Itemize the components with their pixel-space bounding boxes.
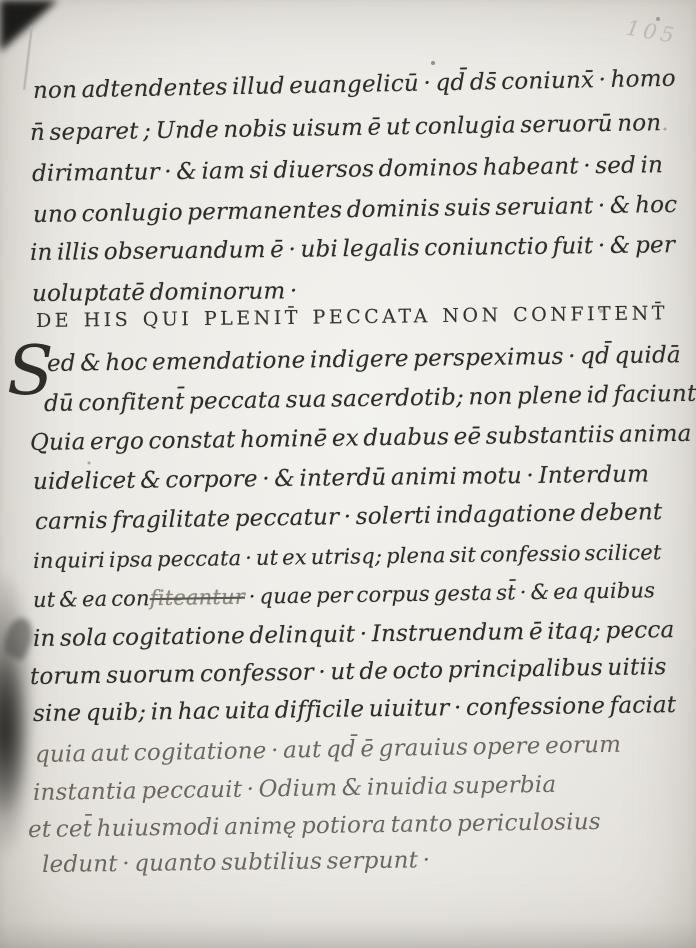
struck-through-word: fiteantur — [150, 585, 246, 610]
manuscript-line: in sola cogitatione delinquit · Instruen… — [33, 617, 675, 652]
manuscript-line: uno conlugio permanentes dominis suis se… — [33, 192, 678, 228]
manuscript-line: non adtendentes illud euangelicū · qd̄ d… — [33, 66, 676, 104]
manuscript-line: instantia peccauit · Odium & inuidia sup… — [33, 772, 557, 806]
manuscript-line: ed & hoc emendatione indigere perspeximu… — [47, 342, 681, 377]
manuscript-line: carnis fragilitate peccatur · solerti in… — [35, 499, 663, 535]
manuscript-line: n̄ separet ; Unde nobis uisum ē ut conlu… — [30, 110, 662, 146]
page-edge-shadow — [0, 920, 696, 948]
ink-speck — [0, 0, 2, 2]
manuscript-line: Quia ergo constat hominē ex duabus eē su… — [30, 421, 692, 456]
manuscript-line: uoluptatē dominorum · — [32, 278, 298, 307]
manuscript-line-with-correction: ut & ea confiteantur · quae per corpus g… — [33, 578, 655, 612]
line-segment: · quae per corpus gesta st̄ · & ea quibu… — [245, 578, 656, 608]
manuscript-line: sine quib; in hac uita difficile uiuitur… — [33, 692, 677, 727]
manuscript-line: dirimantur · & iam si diuersos dominos h… — [32, 152, 663, 187]
folio-number: 105 — [624, 16, 679, 49]
manuscript-line: ledunt · quanto subtilius serpunt · — [42, 847, 430, 878]
manuscript-line: et cet̄ huiusmodi animę potiora tanto pe… — [28, 809, 601, 843]
manuscript-line: quia aut cogitatione · aut qd̄ ē grauius… — [35, 732, 622, 768]
manuscript-line: torum suorum confessor · ut de octo prin… — [30, 654, 667, 690]
manuscript-page: 105 non adtendentes illud euangelicū · q… — [0, 0, 696, 948]
manuscript-line: uidelicet & corpore · & interdū animi mo… — [33, 461, 650, 495]
chapter-heading: DE HIS QUI PLENIT̄ PECCATA NON CONFITENT… — [36, 302, 668, 332]
line-segment: ut & ea con — [33, 586, 150, 612]
manuscript-line: inquiri ipsa peccata · ut ex utrisq; ple… — [33, 540, 662, 573]
manuscript-line: dū confitent̄ peccata sua sacerdotib; no… — [44, 381, 696, 417]
manuscript-line: in illis obseruandum ē · ubi legalis con… — [30, 232, 675, 266]
